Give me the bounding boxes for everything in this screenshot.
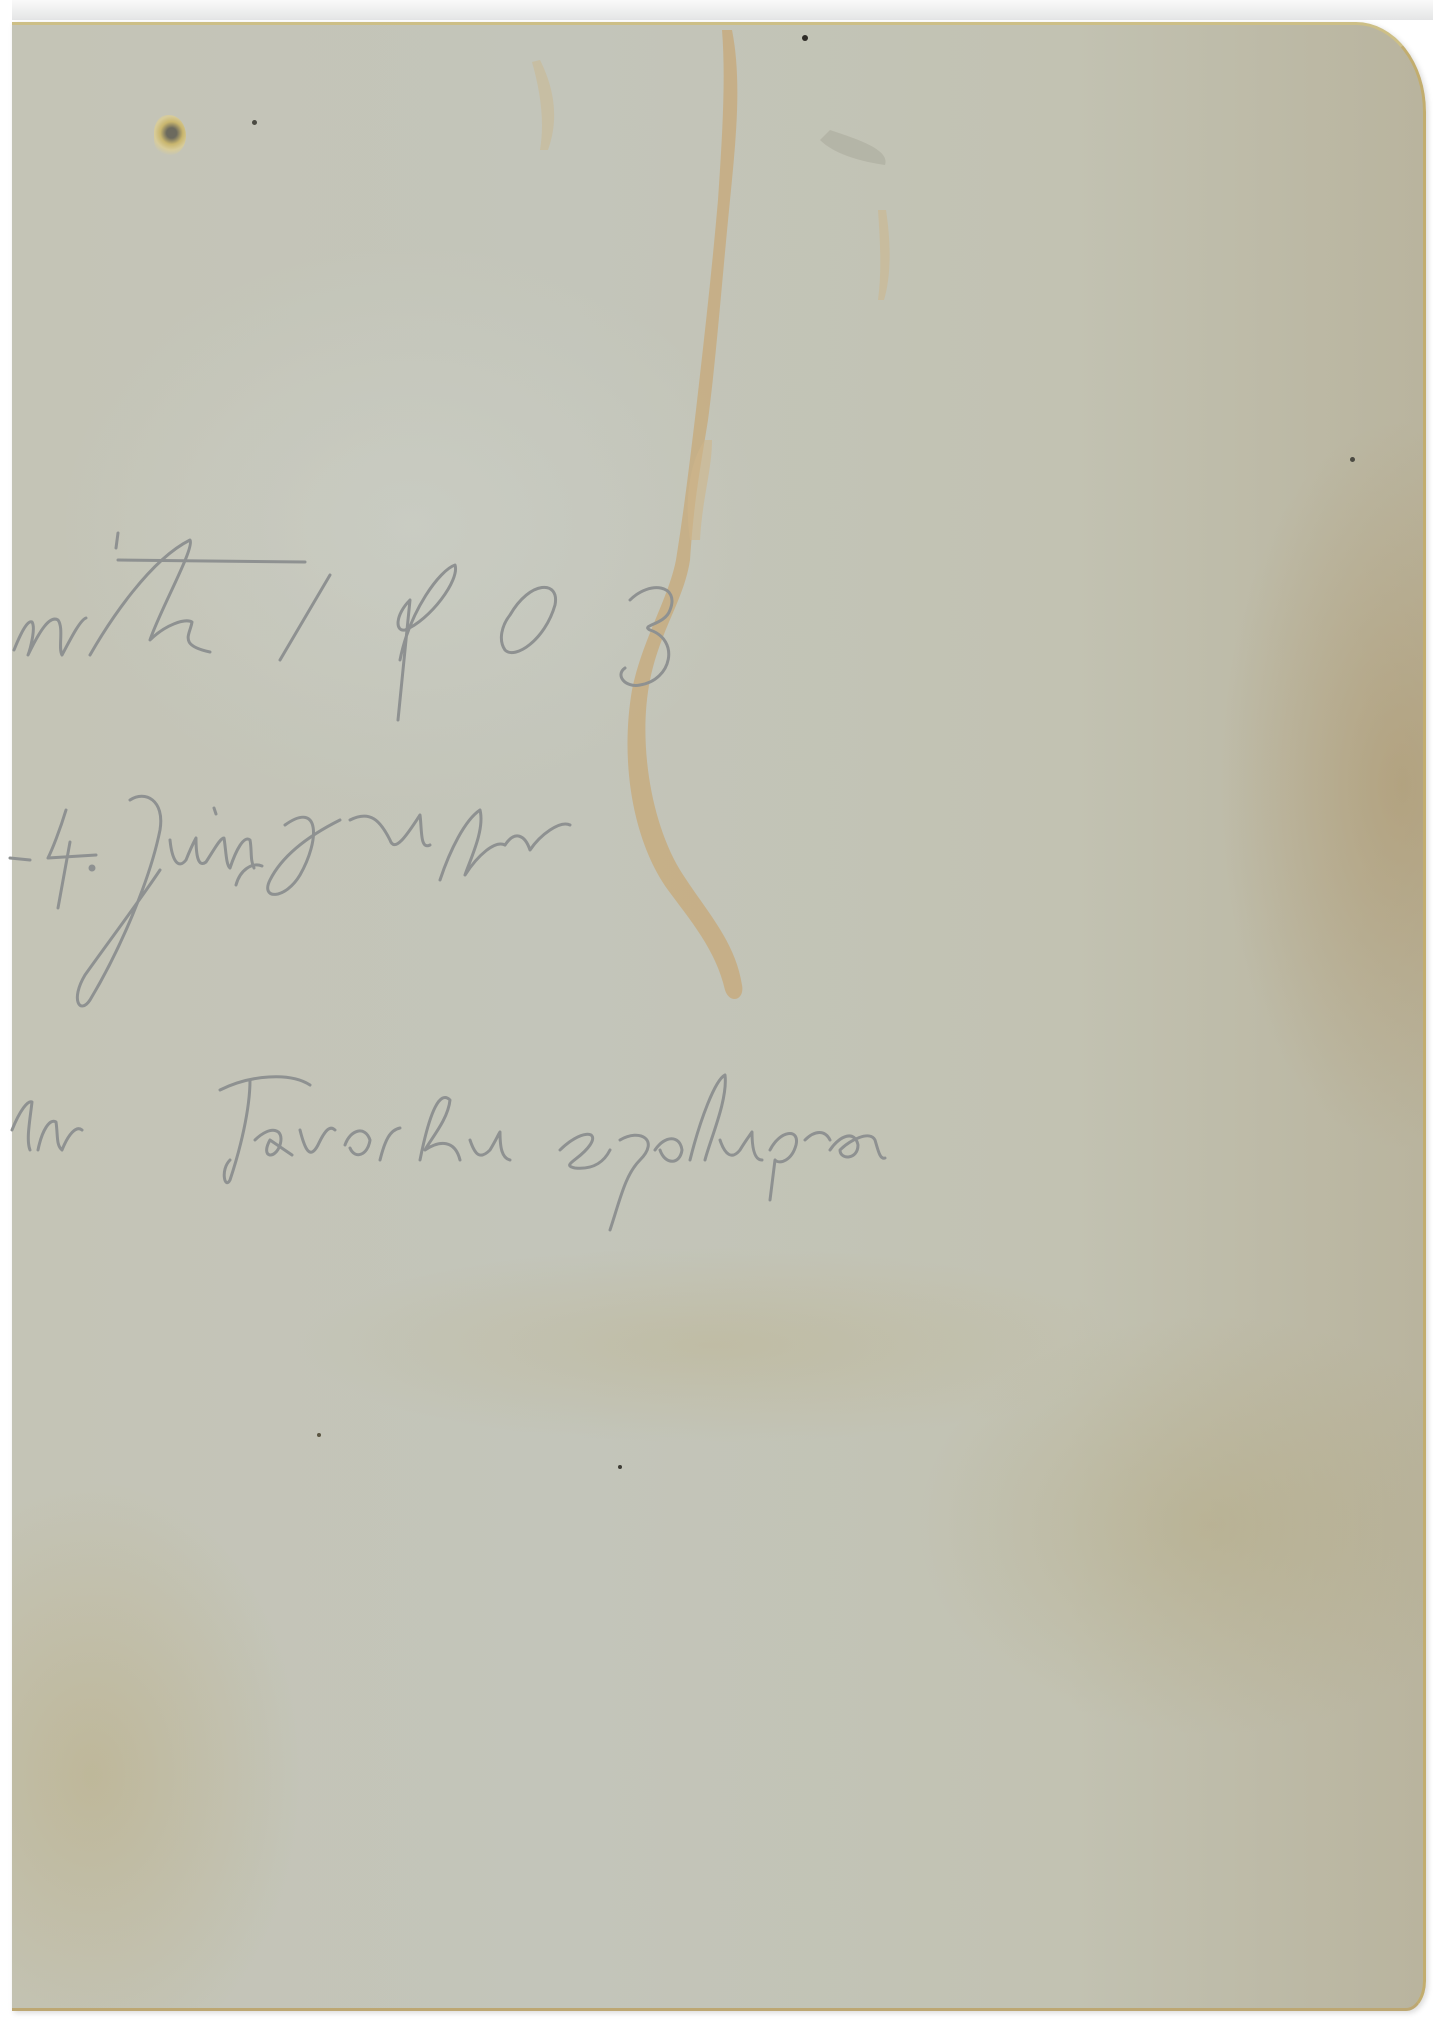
water-stain — [628, 30, 743, 999]
handwriting-line-2 — [10, 796, 570, 1006]
handwriting-line-3 — [12, 1075, 885, 1230]
stain-and-handwriting-layer — [0, 0, 1433, 2023]
handwriting-line-1 — [14, 533, 672, 720]
